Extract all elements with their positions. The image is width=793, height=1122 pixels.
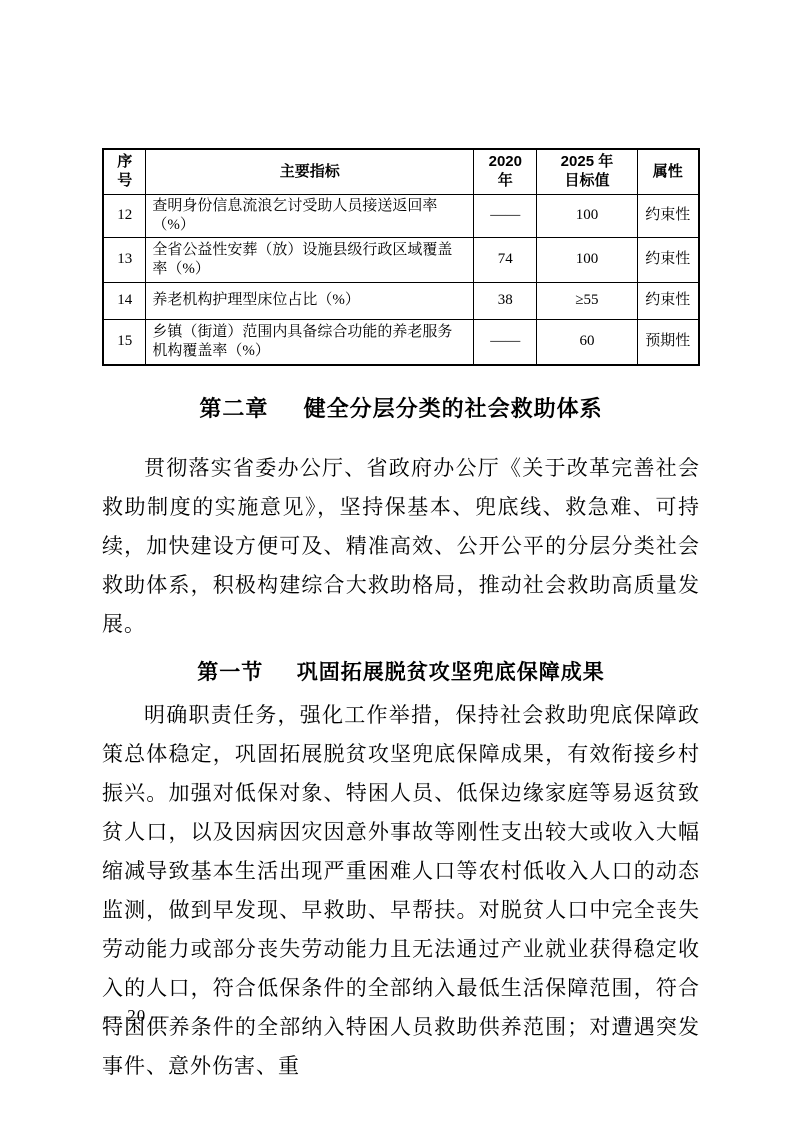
table-row: 13 全省公益性安葬（放）设施县级行政区域覆盖率（%） 74 100 约束性 bbox=[103, 237, 699, 282]
row-2025-value: 100 bbox=[537, 237, 637, 282]
header-attribute: 属性 bbox=[637, 149, 699, 195]
table-header-row: 序号 主要指标 2020 年 2025 年 目标值 属性 bbox=[103, 149, 699, 195]
indicator-table: 序号 主要指标 2020 年 2025 年 目标值 属性 12 查明身份信息流浪… bbox=[102, 148, 700, 366]
row-2025-value: 100 bbox=[537, 195, 637, 238]
row-2020-value: —— bbox=[474, 195, 537, 238]
body-paragraph: 贯彻落实省委办公厅、省政府办公厅《关于改革完善社会救助制度的实施意见》，坚持保基… bbox=[102, 449, 700, 644]
row-2025-value: ≥55 bbox=[537, 282, 637, 319]
row-2020-value: 74 bbox=[474, 237, 537, 282]
chapter-heading: 第二章健全分层分类的社会救助体系 bbox=[102, 392, 700, 423]
row-indicator: 查明身份信息流浪乞讨受助人员接送返回率（%） bbox=[146, 195, 474, 238]
section-heading: 第一节巩固拓展脱贫攻坚兜底保障成果 bbox=[102, 656, 700, 686]
row-2020-value: 38 bbox=[474, 282, 537, 319]
chapter-title: 健全分层分类的社会救助体系 bbox=[304, 396, 603, 421]
row-no: 12 bbox=[103, 195, 146, 238]
row-indicator: 养老机构护理型床位占比（%） bbox=[146, 282, 474, 319]
row-attribute: 预期性 bbox=[637, 319, 699, 365]
row-attribute: 约束性 bbox=[637, 237, 699, 282]
page-number: — 20 — bbox=[104, 1006, 170, 1026]
header-2020: 2020 年 bbox=[474, 149, 537, 195]
section-label: 第一节 bbox=[197, 660, 263, 684]
section-title: 巩固拓展脱贫攻坚兜底保障成果 bbox=[297, 660, 605, 684]
table-row: 12 查明身份信息流浪乞讨受助人员接送返回率（%） —— 100 约束性 bbox=[103, 195, 699, 238]
row-attribute: 约束性 bbox=[637, 195, 699, 238]
row-attribute: 约束性 bbox=[637, 282, 699, 319]
table-row: 14 养老机构护理型床位占比（%） 38 ≥55 约束性 bbox=[103, 282, 699, 319]
row-indicator: 全省公益性安葬（放）设施县级行政区域覆盖率（%） bbox=[146, 237, 474, 282]
row-2020-value: —— bbox=[474, 319, 537, 365]
row-indicator: 乡镇（街道）范围内具备综合功能的养老服务机构覆盖率（%） bbox=[146, 319, 474, 365]
header-indicator: 主要指标 bbox=[146, 149, 474, 195]
table-row: 15 乡镇（街道）范围内具备综合功能的养老服务机构覆盖率（%） —— 60 预期… bbox=[103, 319, 699, 365]
page-content: 序号 主要指标 2020 年 2025 年 目标值 属性 12 查明身份信息流浪… bbox=[102, 148, 700, 1086]
row-no: 13 bbox=[103, 237, 146, 282]
header-2025-target: 2025 年 目标值 bbox=[537, 149, 637, 195]
row-no: 14 bbox=[103, 282, 146, 319]
header-no: 序号 bbox=[103, 149, 146, 195]
row-2025-value: 60 bbox=[537, 319, 637, 365]
body-paragraph: 明确职责任务，强化工作举措，保持社会救助兜底保障政策总体稳定，巩固拓展脱贫攻坚兜… bbox=[102, 696, 700, 1086]
row-no: 15 bbox=[103, 319, 146, 365]
chapter-label: 第二章 bbox=[199, 396, 268, 421]
document-page: 序号 主要指标 2020 年 2025 年 目标值 属性 12 查明身份信息流浪… bbox=[0, 0, 793, 1122]
